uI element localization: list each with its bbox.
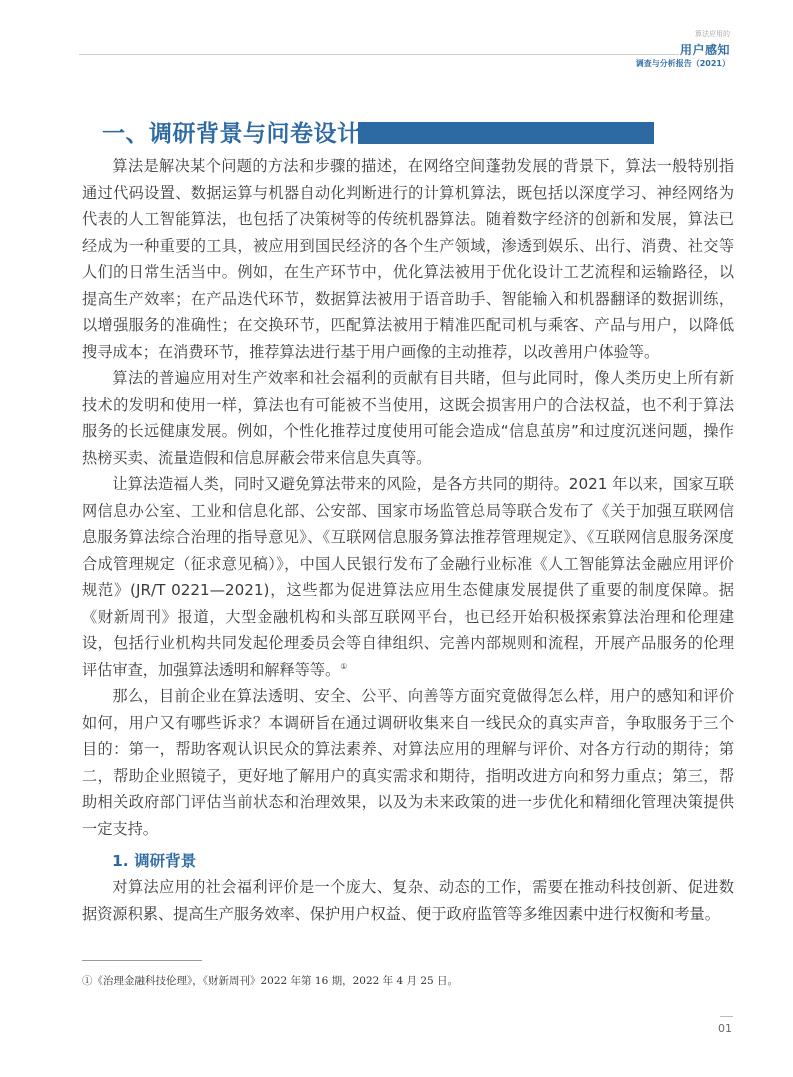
paragraph-text: 让算法造福人类，同时又避免算法带来的风险，是各方共同的期待。2021 年以来，国…: [82, 475, 734, 679]
header-kicker: 算法应用的: [695, 29, 730, 39]
section-heading: 一、调研背景与问卷设计: [102, 116, 361, 146]
paragraph: 对算法应用的社会福利评价是一个庞大、复杂、动态的工作，需要在推动科技创新、促进数…: [82, 874, 734, 927]
footnote-divider: [82, 960, 202, 961]
paragraph: 算法是解决某个问题的方法和步骤的描述，在网络空间蓬勃发展的背景下，算法一般特别指…: [82, 153, 734, 365]
paragraph: 让算法造福人类，同时又避免算法带来的风险，是各方共同的期待。2021 年以来，国…: [82, 471, 734, 683]
header-subtitle: 调查与分析报告（2021）: [636, 58, 730, 69]
section-accent-bar: [358, 122, 654, 144]
header-divider: [79, 54, 679, 55]
body-content: 算法是解决某个问题的方法和步骤的描述，在网络空间蓬勃发展的背景下，算法一般特别指…: [82, 153, 734, 927]
paragraph: 那么，目前企业在算法透明、安全、公平、向善等方面究竟做得怎么样，用户的感知和评价…: [82, 683, 734, 842]
footnote-ref[interactable]: ①: [340, 661, 347, 670]
page-number: 01: [718, 1022, 732, 1035]
paragraph: 算法的普遍应用对生产效率和社会福利的贡献有目共睹，但与此同时，像人类历史上所有新…: [82, 365, 734, 471]
header-title: 用户感知: [680, 41, 730, 58]
footnote: ①《治理金融科技伦理》，《财新周刊》2022 年第 16 期，2022 年 4 …: [82, 973, 458, 988]
subsection-title: 1. 调研背景: [82, 848, 734, 874]
section-title: 一、调研背景与问卷设计: [102, 115, 361, 148]
page-number-rule: [720, 1016, 733, 1017]
